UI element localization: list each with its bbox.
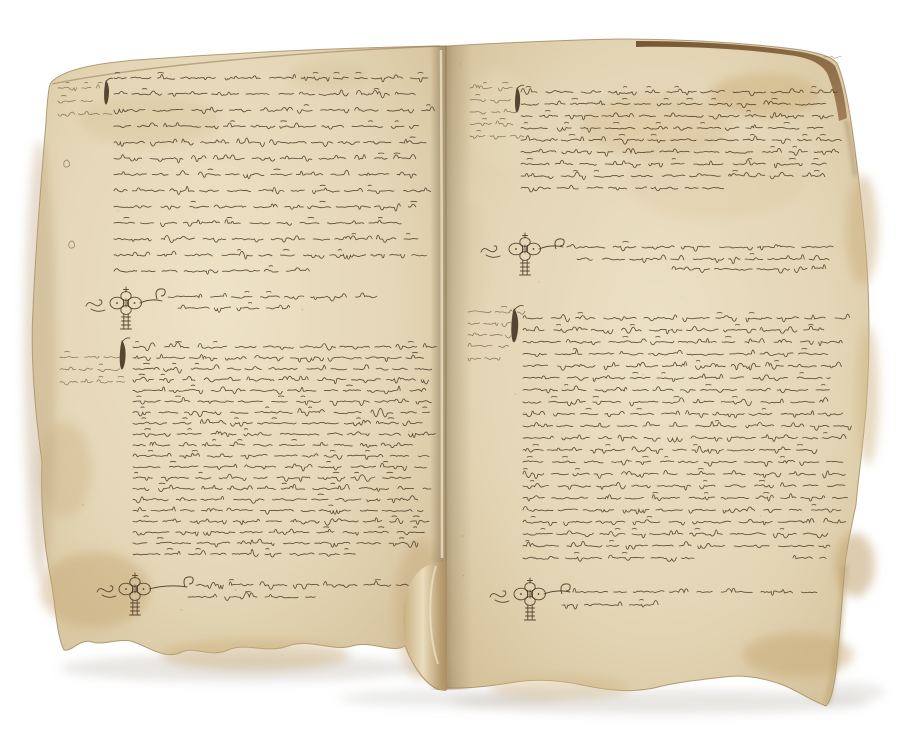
speckle xyxy=(465,596,467,598)
speckle xyxy=(460,63,462,65)
speckle xyxy=(169,73,171,75)
speckle xyxy=(409,431,410,432)
speckle xyxy=(66,371,67,372)
speckle xyxy=(642,373,644,375)
speckle xyxy=(210,206,212,208)
signum-dot xyxy=(134,302,136,304)
manuscript-photograph xyxy=(0,0,900,729)
speckle xyxy=(462,575,464,577)
speckle xyxy=(301,309,303,311)
speckle xyxy=(359,432,360,433)
speckle xyxy=(81,504,84,507)
speckle xyxy=(781,589,783,591)
signum-dot xyxy=(538,593,540,595)
speckle xyxy=(203,385,204,386)
speckle xyxy=(523,412,524,413)
speckle xyxy=(537,281,539,283)
signum-dot xyxy=(125,588,127,590)
signum-dot xyxy=(143,588,145,590)
signum-dot xyxy=(515,248,517,250)
speckle xyxy=(462,535,464,537)
speckle xyxy=(532,246,533,247)
speckle xyxy=(180,609,182,611)
speckle xyxy=(117,210,118,211)
speckle xyxy=(224,398,225,399)
signum-dot xyxy=(116,302,118,304)
speckle xyxy=(681,297,682,298)
speckle xyxy=(652,439,653,440)
manuscript-spread xyxy=(0,0,900,729)
speckle xyxy=(515,393,517,395)
speckle xyxy=(363,168,364,169)
signum-dot xyxy=(520,593,522,595)
gutter-fold-highlight xyxy=(441,50,442,558)
speckle xyxy=(235,589,237,591)
speckle xyxy=(760,515,761,516)
signum-dot xyxy=(533,248,535,250)
